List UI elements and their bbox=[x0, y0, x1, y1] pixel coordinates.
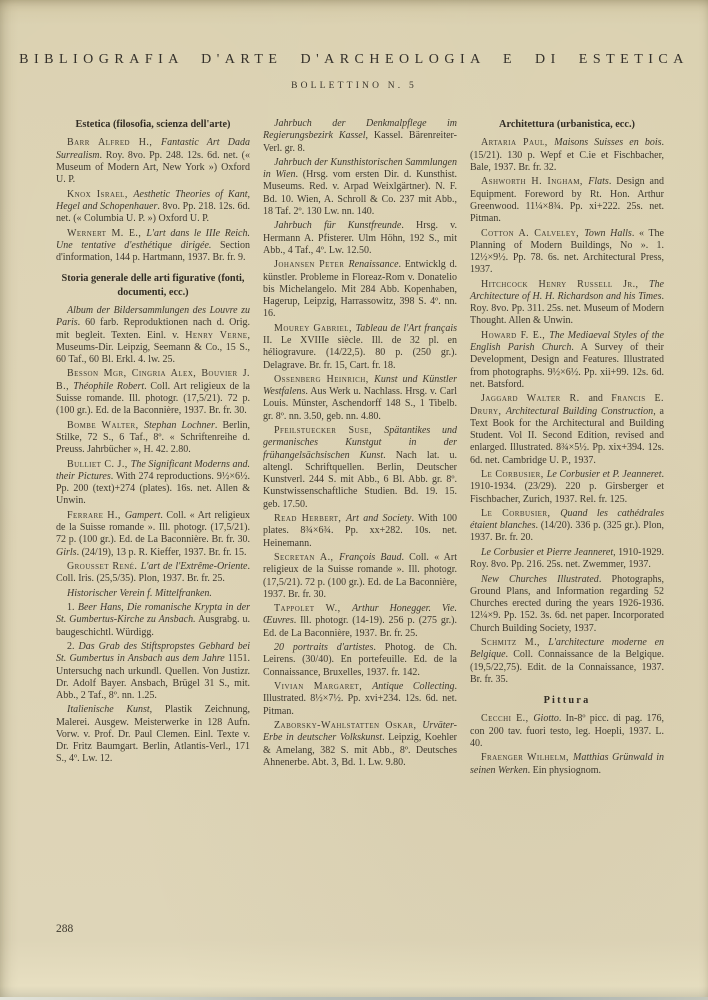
entry-text-segment: Schmitz M., bbox=[481, 637, 548, 648]
entry-text-segment: Architectural Building Construction bbox=[506, 406, 653, 417]
page-header: BIBLIOGRAFIA D'ARTE D'ARCHEOLOGIA E DI E… bbox=[0, 0, 708, 91]
bibliography-entry: Bulliet C. J., The Significant Moderns a… bbox=[56, 459, 250, 508]
bibliography-entry: Wernert M. E., L'art dans le IIIe Reich.… bbox=[56, 228, 250, 265]
column-left: Estetica (filosofia, scienza dell'arte)B… bbox=[56, 118, 250, 777]
entry-text-segment: Bulliet C. J., bbox=[67, 459, 131, 470]
entry-text-segment: Jaggard Walter R. bbox=[481, 393, 588, 404]
entry-text-segment: Girls bbox=[56, 547, 77, 558]
bibliography-entry: Le Corbusier, Quand les cathédrales étai… bbox=[470, 508, 664, 545]
column-middle: Jahrbuch der Denkmalpflege im Regierungs… bbox=[263, 118, 457, 777]
entry-text-segment: Pfeilstuecker Suse, bbox=[274, 425, 384, 436]
entry-text-segment: Johansen Peter bbox=[274, 259, 349, 270]
entry-text-segment: Théophile Robert bbox=[73, 381, 144, 392]
entry-text-segment: Art and Society bbox=[346, 513, 411, 524]
bibliography-entry: 2. Das Grab des Stiftspropstes Gebhard b… bbox=[56, 641, 250, 702]
column-right: Architettura (urbanistica, ecc.)Artaria … bbox=[470, 118, 664, 777]
entry-text-segment: Fraenger Wilhelm, bbox=[481, 752, 573, 763]
bibliography-entry: Barr Alfred H., Fantastic Art Dada Surre… bbox=[56, 137, 250, 186]
entry-text-segment: Tableau de l'Art français bbox=[356, 323, 457, 334]
page-number: 288 bbox=[56, 923, 73, 935]
bibliography-entry: Secretan A., François Baud. Coll. « Art … bbox=[263, 552, 457, 601]
section-heading: Pittura bbox=[474, 694, 660, 707]
page-subtitle: BOLLETTINO N. 5 bbox=[0, 81, 708, 91]
entry-text-segment: Le Corbusier, bbox=[481, 469, 547, 480]
bibliography-entry: Hitchcock Henry Russell Jr., The Archite… bbox=[470, 279, 664, 328]
entry-text-segment: Wernert M. E., bbox=[67, 228, 146, 239]
bibliography-entry: Tappolet W., Arthur Honegger. Vie. Œuvre… bbox=[263, 603, 457, 640]
bibliography-entry: Ashworth H. Ingham, Flats. Design and Eq… bbox=[470, 176, 664, 225]
bibliography-entry: Fraenger Wilhelm, Matthias Grünwald in s… bbox=[470, 752, 664, 777]
entry-text-segment: Historischer Verein f. Mittelfranken. bbox=[67, 588, 212, 599]
bibliography-entry: New Churches Illustrated. Photographs, G… bbox=[470, 574, 664, 635]
entry-text-segment: Italienische Kunst bbox=[67, 704, 150, 715]
section-heading: Architettura (urbanistica, ecc.) bbox=[474, 118, 660, 131]
entry-text-segment: Vivian Margaret, bbox=[274, 681, 372, 692]
section-heading: Storia generale delle arti figurative (f… bbox=[60, 272, 246, 299]
bibliography-entry: 1. Beer Hans, Die romanische Krypta in d… bbox=[56, 602, 250, 639]
entry-text-segment: Ferrare H., bbox=[67, 510, 125, 521]
entry-text-segment: and bbox=[588, 393, 611, 404]
entry-text-segment: Flats bbox=[588, 176, 609, 187]
entry-text-segment: Tappolet W., bbox=[274, 603, 352, 614]
entry-text-segment: Artaria Paul, bbox=[481, 137, 554, 148]
entry-text-segment: Ossenberg Heinrich, bbox=[274, 374, 374, 385]
bibliography-entry: Jaggard Walter R. and Francis E. Drury, … bbox=[470, 393, 664, 467]
bibliography-entry: Johansen Peter Renaissance. Entwicklg d.… bbox=[263, 259, 457, 320]
entry-text-segment: Howard F. E., bbox=[481, 330, 549, 341]
entry-text-segment: Barr Alfred H., bbox=[67, 137, 161, 148]
bibliography-entry: Historischer Verein f. Mittelfranken. bbox=[56, 588, 250, 600]
entry-text-segment: L'art de l'Extrême-Oriente bbox=[141, 561, 248, 572]
bibliography-entry: Knox Israel, Aesthetic Theories of Kant,… bbox=[56, 189, 250, 226]
bibliography-entry: Jahrbuch für Kunstfreunde. Hrsg. v. Herm… bbox=[263, 220, 457, 257]
entry-text-segment: Read Herbert, bbox=[274, 513, 346, 524]
entry-text-segment: Hitchcock Henry Russell Jr., bbox=[481, 279, 649, 290]
entry-text-segment: Le Corbusier, bbox=[481, 508, 560, 519]
entry-text-segment: Henry Verne bbox=[185, 330, 247, 341]
entry-text-segment: Le Corbusier et P. Jeanneret bbox=[547, 469, 662, 480]
bibliography-entry: 20 portraits d'artistes. Photog. de Ch. … bbox=[263, 642, 457, 679]
entry-text-segment: Giotto bbox=[533, 713, 559, 724]
entry-text-segment: Renaissance bbox=[349, 259, 399, 270]
entry-text-segment: Cecchi E., bbox=[481, 713, 533, 724]
entry-text-segment: Gampert bbox=[125, 510, 161, 521]
bibliography-entry: Schmitz M., L'architecture moderne en Be… bbox=[470, 637, 664, 686]
bibliography-entry: Zaborsky-Wahlstatten Oskar, Urväter-Erbe… bbox=[263, 720, 457, 769]
bibliography-entry: Pfeilstuecker Suse, Spätantikes und germ… bbox=[263, 425, 457, 511]
entry-text-segment: Secretan A., bbox=[274, 552, 339, 563]
entry-text-segment: Ashworth H. Ingham, bbox=[481, 176, 588, 187]
page-title: BIBLIOGRAFIA D'ARTE D'ARCHEOLOGIA E DI E… bbox=[0, 52, 708, 68]
entry-text-segment: Bombe Walter, bbox=[67, 420, 144, 431]
bibliography-entry: Cecchi E., Giotto. In-8º picc. di pag. 1… bbox=[470, 713, 664, 750]
entry-text-segment: Grousset René. bbox=[67, 561, 141, 572]
bibliography-entry: Jahrbuch der Denkmalpflege im Regierungs… bbox=[263, 118, 457, 155]
entry-text-segment: Cotton A. Calveley, bbox=[481, 228, 584, 239]
entry-text-segment: Town Halls bbox=[584, 228, 632, 239]
bibliography-entry: Jahrbuch der Kunsthistorischen Sammlunge… bbox=[263, 157, 457, 218]
entry-text-segment: Stephan Lochner bbox=[144, 420, 215, 431]
bibliography-entry: Artaria Paul, Maisons Suisses en bois. (… bbox=[470, 137, 664, 174]
section-heading: Estetica (filosofia, scienza dell'arte) bbox=[60, 118, 246, 131]
scanned-bibliography-page: BIBLIOGRAFIA D'ARTE D'ARCHEOLOGIA E DI E… bbox=[0, 0, 708, 1000]
bibliography-entry: Bombe Walter, Stephan Lochner. Berlin, S… bbox=[56, 420, 250, 457]
entry-text-segment: 2. bbox=[67, 641, 79, 652]
bibliography-entry: Cotton A. Calveley, Town Halls. « The Pl… bbox=[470, 228, 664, 277]
entry-text-segment: Knox Israel, bbox=[67, 189, 133, 200]
entry-text-segment: II. Le XVIIIe siècle. Ill. de 32 pl. en … bbox=[263, 335, 457, 371]
bibliography-entry: Read Herbert, Art and Society. With 100 … bbox=[263, 513, 457, 550]
bibliography-entry: Le Corbusier, Le Corbusier et P. Jeanner… bbox=[470, 469, 664, 506]
bibliography-entry: Ossenberg Heinrich, Kunst und Künstler W… bbox=[263, 374, 457, 423]
entry-text-segment: Maisons Suisses en bois bbox=[554, 137, 661, 148]
bibliography-entry: Italienische Kunst, Plastik Zeichnung, M… bbox=[56, 704, 250, 765]
bibliography-entry: Ferrare H., Gampert. Coll. « Art religie… bbox=[56, 510, 250, 559]
bibliography-entry: Mourey Gabriel, Tableau de l'Art françai… bbox=[263, 323, 457, 372]
entry-text-segment: New Churches Illustrated bbox=[481, 574, 599, 585]
bibliography-entry: Besson Mgr, Cingria Alex, Bouvier J. B.,… bbox=[56, 368, 250, 417]
entry-text-segment: Jahrbuch für Kunstfreunde bbox=[274, 220, 401, 231]
entry-text-segment: Antique Collecting bbox=[372, 681, 454, 692]
entry-text-segment: François Baud bbox=[339, 552, 401, 563]
entry-text-segment: . (24/19), 13 p. R. Kieffer, 1937. Br. f… bbox=[77, 547, 247, 558]
bibliography-entry: Album der Bildersammlungen des Louvre zu… bbox=[56, 305, 250, 366]
entry-text-segment: Zaborsky-Wahlstatten Oskar, bbox=[274, 720, 422, 731]
entry-text-segment: Le Corbusier et Pierre Jeanneret bbox=[481, 547, 613, 558]
bibliography-entry: Le Corbusier et Pierre Jeanneret, 1910-1… bbox=[470, 547, 664, 572]
entry-text-segment: 1. bbox=[67, 602, 78, 613]
entry-text-segment: 20 portraits d'artistes bbox=[274, 642, 373, 653]
entry-text-segment: Das Grab des Stiftspropstes Gebhard bei … bbox=[56, 641, 250, 664]
entry-text-segment: Mourey Gabriel, bbox=[274, 323, 356, 334]
entry-text-segment: . Ein physiognom. bbox=[528, 765, 601, 776]
column-layout: Estetica (filosofia, scienza dell'arte)B… bbox=[0, 91, 708, 777]
bibliography-entry: Grousset René. L'art de l'Extrême-Orient… bbox=[56, 561, 250, 586]
bibliography-entry: Howard F. E., The Mediaeval Styles of th… bbox=[470, 330, 664, 391]
bibliography-entry: Vivian Margaret, Antique Collecting. Ill… bbox=[263, 681, 457, 718]
